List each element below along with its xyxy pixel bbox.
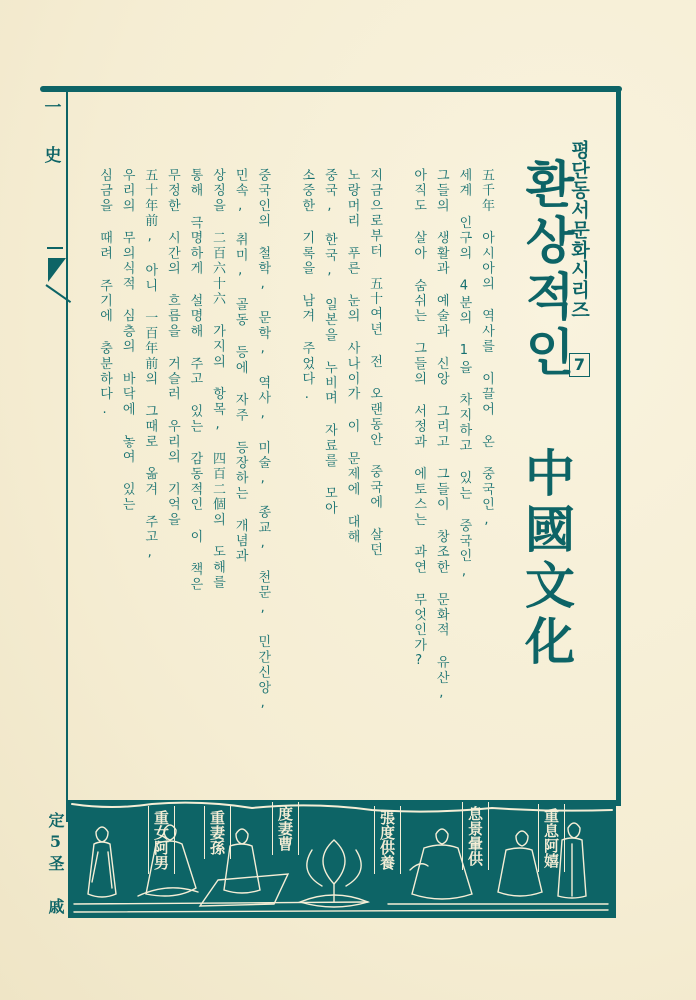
body-column: 五千年 아시아의 역사를 이끌어 온 중국인, xyxy=(480,168,493,530)
side-stamp: 定5圣 戚 xyxy=(44,812,67,918)
spine-divider xyxy=(47,247,63,249)
relief-caption: 度妻曹 xyxy=(272,802,299,855)
frame-top-border xyxy=(40,86,622,92)
body-column: 상징을 二百六十六 가지의 항목, 四百二個의 도해를 xyxy=(211,168,224,590)
relief-caption: 息景暈供 xyxy=(462,802,489,870)
body-column: 아직도 살아 숨쉬는 그들의 서정과 에토스는 과연 무엇인가? xyxy=(412,168,425,670)
relief-caption: 重息阿嬉 xyxy=(538,804,565,872)
body-column: 그들의 생활과 예술과 신앙 그리고 그들이 창조한 문화적 유산, xyxy=(435,168,448,703)
body-column: 소중한 기록을 남겨 주었다. xyxy=(300,168,313,404)
body-column: 무정한 시간의 흐름을 거슬러 우리의 기억을 xyxy=(166,168,179,528)
relief-illustration: 重女阿男 重妻孫 度妻曹 張度供養 息景暈供 重息阿嬉 xyxy=(68,800,616,918)
body-column: 세계 인구의 4분의 1을 차지하고 있는 중국인, xyxy=(457,168,470,581)
body-column: 심금을 때려 주기에 충분하다. xyxy=(98,168,111,419)
body-column: 五十年前, 아니 一百年前의 그때로 옮겨 주고, xyxy=(143,168,156,562)
book-title: 환상적인 中國文化 xyxy=(510,158,582,671)
body-column: 우리의 무의식적 심층의 바닥에 놓여 있는 xyxy=(121,168,134,512)
relief-caption: 張度供養 xyxy=(374,806,401,874)
spine-mark-top: 一 xyxy=(44,100,62,117)
body-column: 민속, 취미, 골동 등에 자주 등장하는 개념과 xyxy=(234,168,247,564)
frame-left-border xyxy=(66,92,68,822)
relief-caption: 重女阿男 xyxy=(148,806,175,874)
frame-right-border xyxy=(616,88,621,806)
body-column: 중국, 한국, 일본을 누비며 자료를 모아 xyxy=(323,168,336,516)
body-column: 지금으로부터 五十여년 전 오랜동안 중국에 살던 xyxy=(368,168,381,558)
body-column: 통해 극명하게 설명해 주고 있는 감동적인 이 책은 xyxy=(188,168,201,592)
spine-mark-second: 史 xyxy=(44,148,62,165)
body-column: 중국인의 철학, 문학, 역사, 미술, 종교, 천문, 민간신앙, xyxy=(256,168,269,713)
body-column: 노랑머리 푸른 눈의 사나이가 이 문제에 대해 xyxy=(346,168,359,545)
spine-wedge-icon xyxy=(48,258,66,282)
relief-caption: 重妻孫 xyxy=(204,806,231,859)
